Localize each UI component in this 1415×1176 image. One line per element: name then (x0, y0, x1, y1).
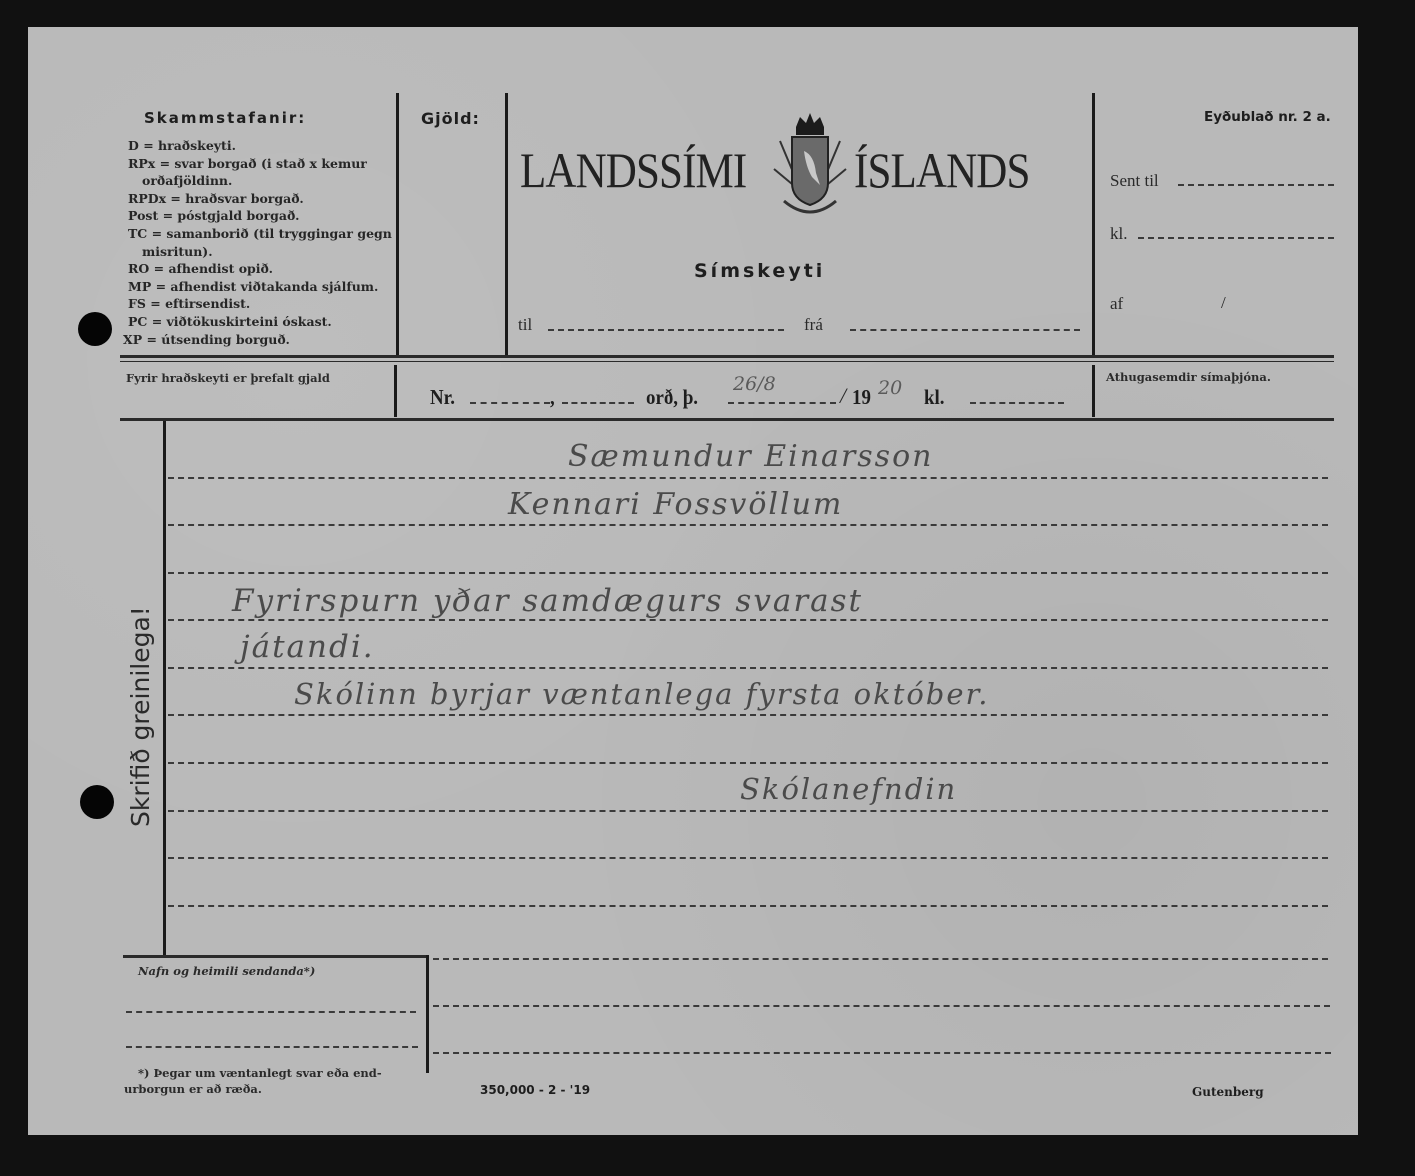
abbreviation-item: RO = afhendist opið. (128, 260, 392, 278)
words-label: orð, þ. (646, 385, 698, 410)
sent-to-field[interactable] (1178, 184, 1334, 186)
abbreviations-list: D = hraðskeyti. RPx = svar borgað (i sta… (128, 137, 392, 348)
printer: Gutenberg (1192, 1085, 1264, 1099)
abbreviation-item: Post = póstgjald borgað. (128, 207, 392, 225)
message-line[interactable] (168, 572, 1328, 574)
extra-line[interactable] (433, 1052, 1331, 1054)
abbreviation-item: orðafjöldinn. (128, 172, 392, 190)
year-prefix: 19 (852, 385, 871, 410)
abbreviation-item: XP = útsending borguð. (123, 331, 392, 349)
coat-of-arms-icon (770, 111, 850, 223)
sender-divider (426, 955, 429, 1073)
handwritten-date: 26/8 (733, 373, 776, 395)
handwritten-year-suffix: 20 (878, 377, 902, 399)
abbreviation-item: RPx = svar borgað (i stað x kemur (128, 155, 392, 173)
abbreviation-item: D = hraðskeyti. (128, 137, 392, 155)
fees-label: Gjöld: (421, 109, 480, 128)
punch-hole-top (78, 312, 112, 346)
message-left-border (163, 421, 166, 955)
to-field[interactable] (548, 329, 784, 331)
number-field[interactable] (470, 402, 550, 404)
message-line[interactable] (168, 762, 1328, 764)
brand-right: ÍSLANDS (854, 141, 1030, 199)
from-label: frá (804, 315, 823, 335)
brand-left: LANDSSÍMI (520, 141, 746, 199)
extra-line[interactable] (433, 1005, 1330, 1007)
message-line-3: Skólinn byrjar væntanlega fyrsta október… (294, 677, 989, 711)
footnote-line-1: *) Þegar um væntanlegt svar eða end- (124, 1065, 382, 1081)
year-slash: / (840, 383, 846, 409)
recipient-name: Sæmundur Einarsson (568, 439, 933, 474)
print-run: 350,000 - 2 - '19 (480, 1083, 590, 1097)
divider (394, 365, 397, 417)
message-line[interactable] (168, 667, 1328, 669)
message-line-1: Fyrirspurn yðar samdægurs svarast (232, 583, 863, 619)
divider (1092, 93, 1095, 355)
to-label: til (518, 315, 532, 335)
message-line[interactable] (168, 810, 1328, 812)
abbreviation-item: PC = viðtökuskirteini óskast. (128, 313, 392, 331)
sender-field-1[interactable] (126, 1011, 416, 1013)
abbreviation-item: RPDx = hraðsvar borgað. (128, 190, 392, 208)
time-label: kl. (1110, 224, 1127, 244)
write-clearly-label: Skrifið greinilega! (126, 606, 155, 827)
header-rule (120, 361, 1334, 362)
divider (1092, 365, 1095, 417)
sender-top-rule (123, 955, 428, 958)
message-line[interactable] (168, 477, 1328, 479)
divider (505, 93, 508, 355)
message-line-2: játandi. (240, 629, 375, 665)
message-line[interactable] (168, 905, 1328, 907)
abbreviation-item: misritun). (128, 243, 392, 261)
urgent-fee-note: Fyrir hraðskeyti er þrefalt gjald (126, 371, 330, 385)
abbreviations-title: Skammstafanir: (144, 109, 306, 127)
sent-to-label: Sent til (1110, 171, 1159, 191)
from-field[interactable] (850, 329, 1080, 331)
abbreviation-item: FS = eftirsendist. (128, 295, 392, 313)
operator-remarks-label: Athugasemdir símaþjóna. (1106, 370, 1271, 384)
word-count-field[interactable] (562, 402, 634, 404)
footnote: *) Þegar um væntanlegt svar eða end- urb… (124, 1065, 382, 1097)
recipient-address: Kennari Fossvöllum (508, 487, 843, 522)
footnote-line-2: urborgun er að ræða. (124, 1081, 382, 1097)
number-comma: , (550, 385, 555, 410)
date-field[interactable] (728, 402, 836, 404)
by-separator: / (1221, 293, 1226, 313)
number-label: Nr. (430, 385, 455, 410)
extra-line[interactable] (433, 958, 1328, 960)
message-top-rule (120, 418, 1334, 421)
form-number: Eyðublað nr. 2 a. (1204, 109, 1331, 125)
divider (396, 93, 399, 355)
time-field[interactable] (1138, 237, 1334, 239)
message-line[interactable] (168, 619, 1328, 621)
form-title: Símskeyti (694, 260, 825, 282)
message-line[interactable] (168, 524, 1328, 526)
header-rule (120, 355, 1334, 358)
clock-field[interactable] (970, 402, 1064, 404)
clock-label: kl. (924, 385, 944, 410)
message-line[interactable] (168, 714, 1328, 716)
signature: Skólanefndin (740, 772, 957, 806)
message-line[interactable] (168, 857, 1328, 859)
sender-field-2[interactable] (126, 1046, 418, 1048)
punch-hole-bottom (80, 785, 114, 819)
telegram-form: Skammstafanir: D = hraðskeyti. RPx = sva… (28, 27, 1358, 1135)
sender-label: Nafn og heimili sendanda*) (138, 964, 315, 978)
abbreviation-item: TC = samanborið (til tryggingar gegn (128, 225, 392, 243)
abbreviation-item: MP = afhendist viðtakanda sjálfum. (128, 278, 392, 296)
by-label: af (1110, 294, 1123, 314)
